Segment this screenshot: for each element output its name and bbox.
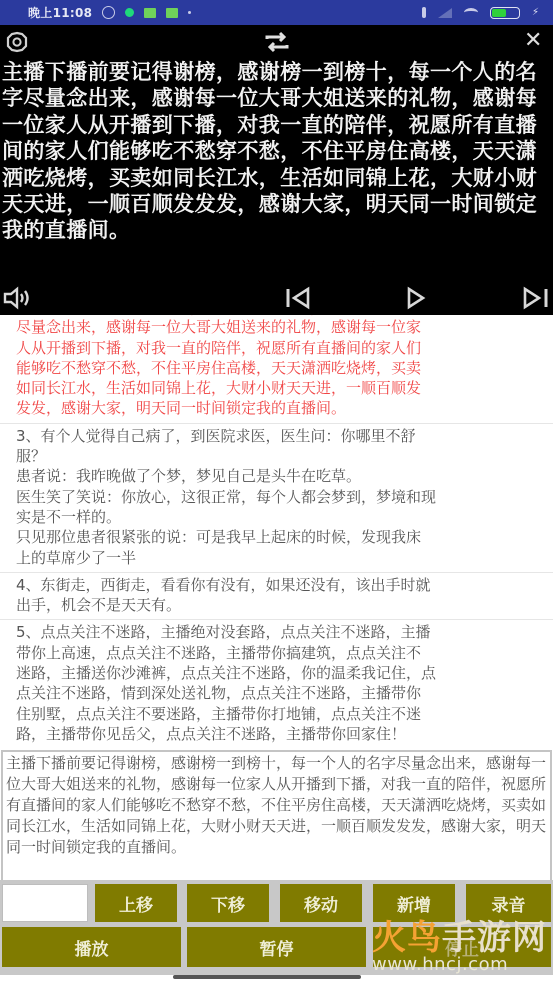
close-icon[interactable]: ✕ <box>524 29 542 53</box>
add-button[interactable]: 新增 <box>373 884 455 922</box>
bluetooth-icon <box>422 7 426 18</box>
swap-icon[interactable] <box>262 31 292 53</box>
list-item[interactable]: 4、东街走，西街走，看看你有没有，如果还没有，该出手时就 出手，机会不是天天有。 <box>0 573 553 621</box>
app-notification-icon-2 <box>166 8 178 18</box>
stop-button[interactable]: 停止 <box>373 927 551 967</box>
alarm-icon <box>102 6 115 19</box>
list-item[interactable]: 3、有个人觉得自己病了，到医院求医，医生问：你哪里不舒 服？ 患者说：我昨晚做了… <box>0 424 553 573</box>
signal-icon <box>438 8 452 18</box>
move-up-button[interactable]: 上移 <box>95 884 177 922</box>
more-notifications-icon <box>188 11 191 14</box>
wifi-icon <box>464 8 478 17</box>
playback-controls <box>0 281 553 315</box>
teleprompter-panel: ✕ 主播下播前要记得谢榜，感谢榜一到榜十，每一个人的名字尽量念出来，感谢每一位大… <box>0 25 553 315</box>
skip-previous-icon[interactable] <box>284 285 312 311</box>
teleprompter-text: 主播下播前要记得谢榜，感谢榜一到榜十，每一个人的名字尽量念出来，感谢每一位大哥大… <box>2 59 551 244</box>
move-button[interactable]: 移动 <box>280 884 362 922</box>
index-input[interactable] <box>2 884 88 922</box>
charging-icon: ⚡ <box>532 7 539 18</box>
play-icon[interactable] <box>404 285 428 311</box>
notification-dot-icon <box>125 8 134 17</box>
status-bar: 晚上11:08 ⚡ <box>0 0 553 25</box>
teleprompter-toolbar: ✕ <box>0 25 553 59</box>
play-button[interactable]: 播放 <box>2 927 181 967</box>
list-item[interactable]: 5、点点关注不迷路，主播绝对没套路，点点关注不迷路，主播 带你上高速，点点关注不… <box>0 620 553 747</box>
control-panel: 上移 下移 移动 新增 录音 播放 暂停 停止 <box>0 880 553 975</box>
status-time: 晚上11:08 <box>28 4 92 21</box>
record-button[interactable]: 录音 <box>466 884 551 922</box>
script-list[interactable]: 2、主播下播前要记得谢榜，感谢榜一到榜十，每一个人的名字 尽量念出来，感谢每一位… <box>0 315 553 747</box>
volume-icon[interactable] <box>2 285 36 311</box>
gear-icon[interactable] <box>4 31 30 53</box>
home-indicator[interactable] <box>173 975 361 979</box>
move-down-button[interactable]: 下移 <box>187 884 269 922</box>
battery-icon <box>490 7 520 19</box>
app-notification-icon <box>144 8 156 18</box>
pause-button[interactable]: 暂停 <box>187 927 366 967</box>
skip-next-icon[interactable] <box>522 285 552 311</box>
list-item[interactable]: 2、主播下播前要记得谢榜，感谢榜一到榜十，每一个人的名字 尽量念出来，感谢每一位… <box>0 315 553 424</box>
script-editor[interactable]: 主播下播前要记得谢榜，感谢榜一到榜十，每一个人的名字尽量念出来，感谢每一位大哥大… <box>1 750 552 883</box>
